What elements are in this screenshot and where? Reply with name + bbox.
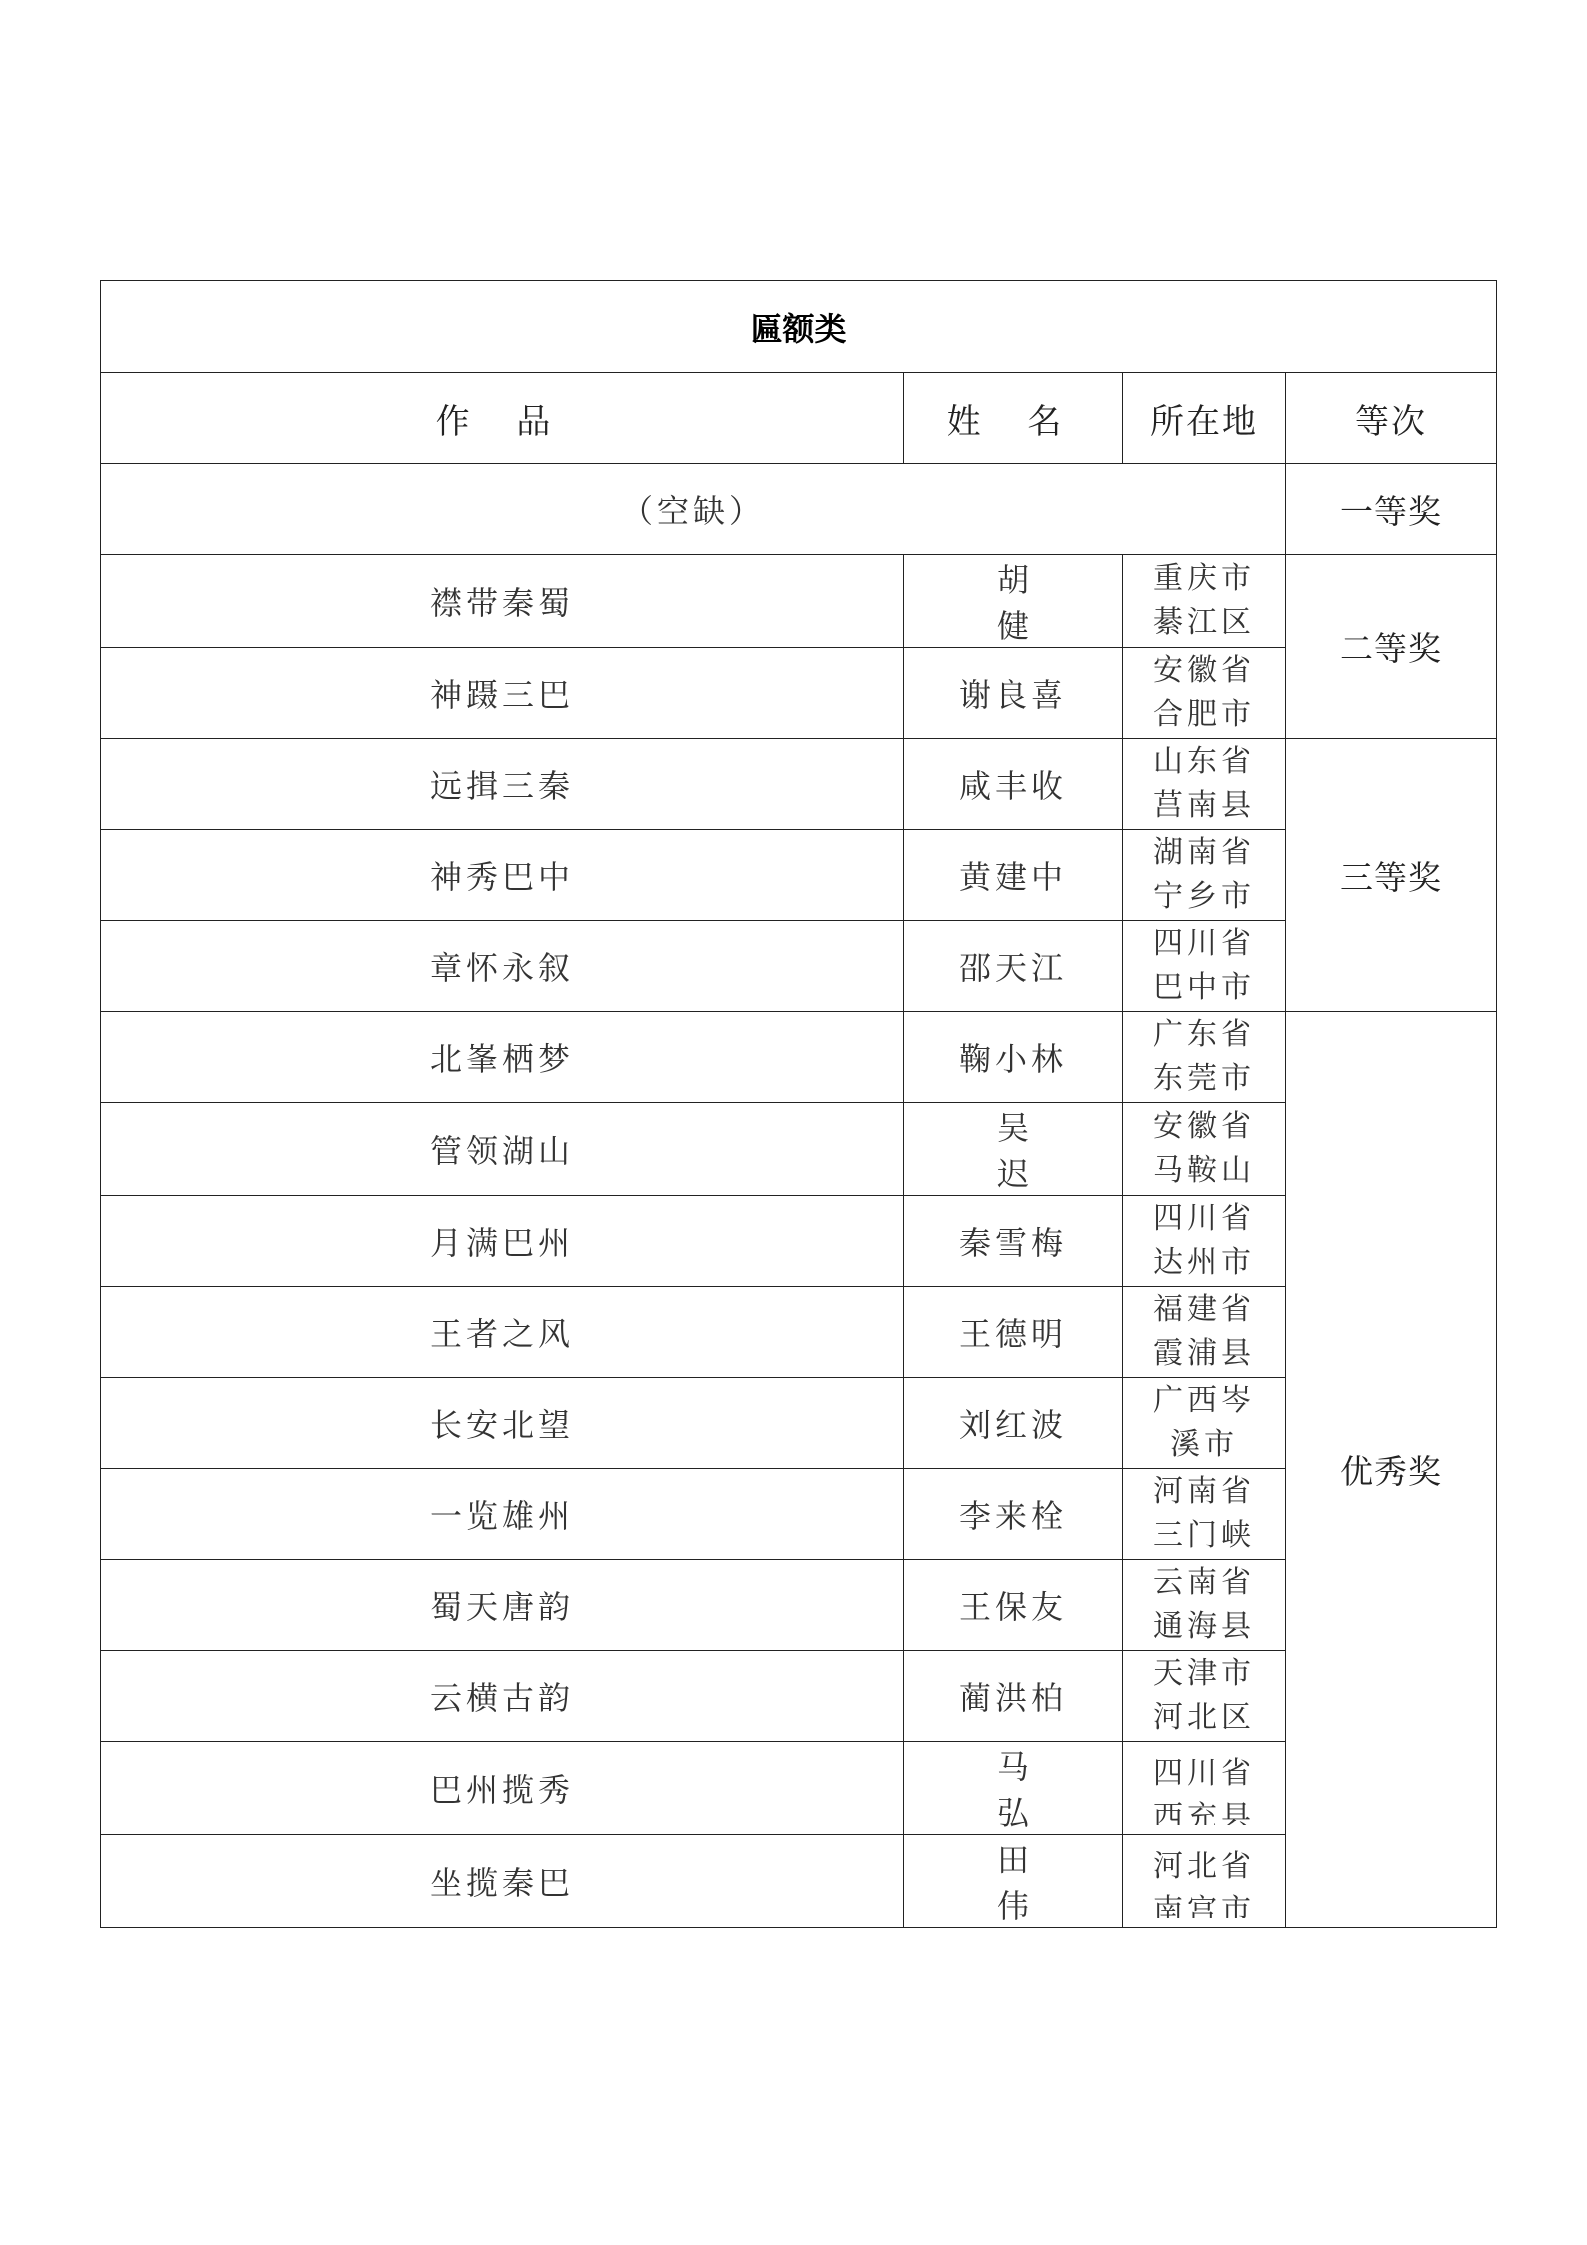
location-cell: 四川省西充县 bbox=[1123, 1742, 1286, 1835]
location-cell: 云南省通海县 bbox=[1123, 1560, 1286, 1651]
work-cell: 坐揽秦巴 bbox=[101, 1835, 904, 1928]
location-line2: 三门峡 bbox=[1123, 1514, 1285, 1558]
work-cell: 北峯栖梦 bbox=[101, 1012, 904, 1103]
name-cell: 刘红波 bbox=[904, 1378, 1123, 1469]
location-cell: 四川省巴中市 bbox=[1123, 921, 1286, 1012]
location-line2: 巴中市 bbox=[1123, 966, 1285, 1010]
grade-cell-third: 三等奖 bbox=[1286, 739, 1497, 1012]
name-cell: 李来栓 bbox=[904, 1469, 1123, 1560]
column-header-work: 作 品 bbox=[101, 373, 904, 464]
name-cell: 咸丰收 bbox=[904, 739, 1123, 830]
location-line2: 马鞍山 bbox=[1123, 1149, 1285, 1193]
work-cell: 神秀巴中 bbox=[101, 830, 904, 921]
location-line1: 云南省 bbox=[1123, 1561, 1285, 1605]
name-cell: 王德明 bbox=[904, 1287, 1123, 1378]
location-line1: 山东省 bbox=[1123, 740, 1285, 784]
location-line1: 四川省 bbox=[1123, 1752, 1285, 1796]
location-line1: 重庆市 bbox=[1123, 557, 1285, 601]
location-line2: 莒南县 bbox=[1123, 784, 1285, 828]
column-header-name: 姓 名 bbox=[904, 373, 1123, 464]
table-row: 远揖三秦 咸丰收 山东省莒南县 三等奖 bbox=[101, 739, 1497, 830]
location-line1: 福建省 bbox=[1123, 1288, 1285, 1332]
grade-cell-first: 一等奖 bbox=[1286, 464, 1497, 555]
location-line2: 西充县 bbox=[1123, 1796, 1285, 1825]
work-cell: 蜀天唐韵 bbox=[101, 1560, 904, 1651]
section-title-row: 匾额类 bbox=[101, 281, 1497, 373]
location-line2: 霞浦县 bbox=[1123, 1332, 1285, 1376]
location-line2: 綦江区 bbox=[1123, 601, 1285, 645]
location-line2: 合肥市 bbox=[1123, 693, 1285, 737]
work-cell: 巴州揽秀 bbox=[101, 1742, 904, 1835]
grade-cell-excellence: 优秀奖 bbox=[1286, 1012, 1497, 1928]
name-cell: 邵天江 bbox=[904, 921, 1123, 1012]
location-line1: 安徽省 bbox=[1123, 649, 1285, 693]
name-cell: 王保友 bbox=[904, 1560, 1123, 1651]
location-line1: 广西岑 bbox=[1123, 1379, 1285, 1423]
location-line1: 广东省 bbox=[1123, 1013, 1285, 1057]
work-cell: 长安北望 bbox=[101, 1378, 904, 1469]
work-cell: 王者之风 bbox=[101, 1287, 904, 1378]
location-line2: 东莞市 bbox=[1123, 1057, 1285, 1101]
work-cell: 云横古韵 bbox=[101, 1651, 904, 1742]
location-cell: 天津市河北区 bbox=[1123, 1651, 1286, 1742]
name-cell: 田 伟 bbox=[904, 1835, 1123, 1928]
work-cell: 月满巴州 bbox=[101, 1196, 904, 1287]
document-page: 匾额类 作 品 姓 名 所在地 等次 （空缺） 一等奖 襟带秦蜀 胡 健 重庆市… bbox=[0, 0, 1587, 2245]
location-line1: 天津市 bbox=[1123, 1652, 1285, 1696]
work-cell: 章怀永叙 bbox=[101, 921, 904, 1012]
name-cell: 鞠小林 bbox=[904, 1012, 1123, 1103]
work-cell: 管领湖山 bbox=[101, 1103, 904, 1196]
location-cell: 湖南省宁乡市 bbox=[1123, 830, 1286, 921]
location-cell: 广西岑溪市 bbox=[1123, 1378, 1286, 1469]
column-header-grade: 等次 bbox=[1286, 373, 1497, 464]
location-line1: 安徽省 bbox=[1123, 1105, 1285, 1149]
name-cell: 谢良喜 bbox=[904, 648, 1123, 739]
work-cell: 一览雄州 bbox=[101, 1469, 904, 1560]
location-cell: 山东省莒南县 bbox=[1123, 739, 1286, 830]
work-cell: 远揖三秦 bbox=[101, 739, 904, 830]
work-cell: 襟带秦蜀 bbox=[101, 555, 904, 648]
location-line1: 四川省 bbox=[1123, 1197, 1285, 1241]
location-cell: 河南省三门峡 bbox=[1123, 1469, 1286, 1560]
location-cell: 广东省东莞市 bbox=[1123, 1012, 1286, 1103]
location-line2: 河北区 bbox=[1123, 1696, 1285, 1740]
location-line2: 达州市 bbox=[1123, 1241, 1285, 1285]
location-line2: 通海县 bbox=[1123, 1605, 1285, 1649]
location-line2: 宁乡市 bbox=[1123, 875, 1285, 919]
location-cell: 四川省达州市 bbox=[1123, 1196, 1286, 1287]
name-cell: 吴 迟 bbox=[904, 1103, 1123, 1196]
location-cell: 河北省南宫市 bbox=[1123, 1835, 1286, 1928]
location-line1: 河南省 bbox=[1123, 1470, 1285, 1514]
location-line1: 河北省 bbox=[1123, 1845, 1285, 1889]
work-cell-vacant: （空缺） bbox=[101, 464, 1286, 555]
grade-cell-second: 二等奖 bbox=[1286, 555, 1497, 739]
name-cell: 蔺洪柏 bbox=[904, 1651, 1123, 1742]
table-row: 北峯栖梦 鞠小林 广东省东莞市 优秀奖 bbox=[101, 1012, 1497, 1103]
work-cell: 神蹑三巴 bbox=[101, 648, 904, 739]
location-line2: 溪市 bbox=[1123, 1423, 1285, 1467]
name-cell: 胡 健 bbox=[904, 555, 1123, 648]
location-cell: 安徽省马鞍山 bbox=[1123, 1103, 1286, 1196]
section-title: 匾额类 bbox=[101, 281, 1497, 373]
name-cell: 秦雪梅 bbox=[904, 1196, 1123, 1287]
location-line1: 湖南省 bbox=[1123, 831, 1285, 875]
location-line1: 四川省 bbox=[1123, 922, 1285, 966]
table-row-first-prize: （空缺） 一等奖 bbox=[101, 464, 1497, 555]
table-header-row: 作 品 姓 名 所在地 等次 bbox=[101, 373, 1497, 464]
location-cell: 重庆市綦江区 bbox=[1123, 555, 1286, 648]
location-cell: 安徽省合肥市 bbox=[1123, 648, 1286, 739]
table-row: 襟带秦蜀 胡 健 重庆市綦江区 二等奖 bbox=[101, 555, 1497, 648]
location-line2: 南宫市 bbox=[1123, 1889, 1285, 1918]
column-header-location: 所在地 bbox=[1123, 373, 1286, 464]
name-cell: 马 弘 bbox=[904, 1742, 1123, 1835]
name-cell: 黄建中 bbox=[904, 830, 1123, 921]
awards-table: 匾额类 作 品 姓 名 所在地 等次 （空缺） 一等奖 襟带秦蜀 胡 健 重庆市… bbox=[100, 280, 1497, 1928]
location-cell: 福建省霞浦县 bbox=[1123, 1287, 1286, 1378]
